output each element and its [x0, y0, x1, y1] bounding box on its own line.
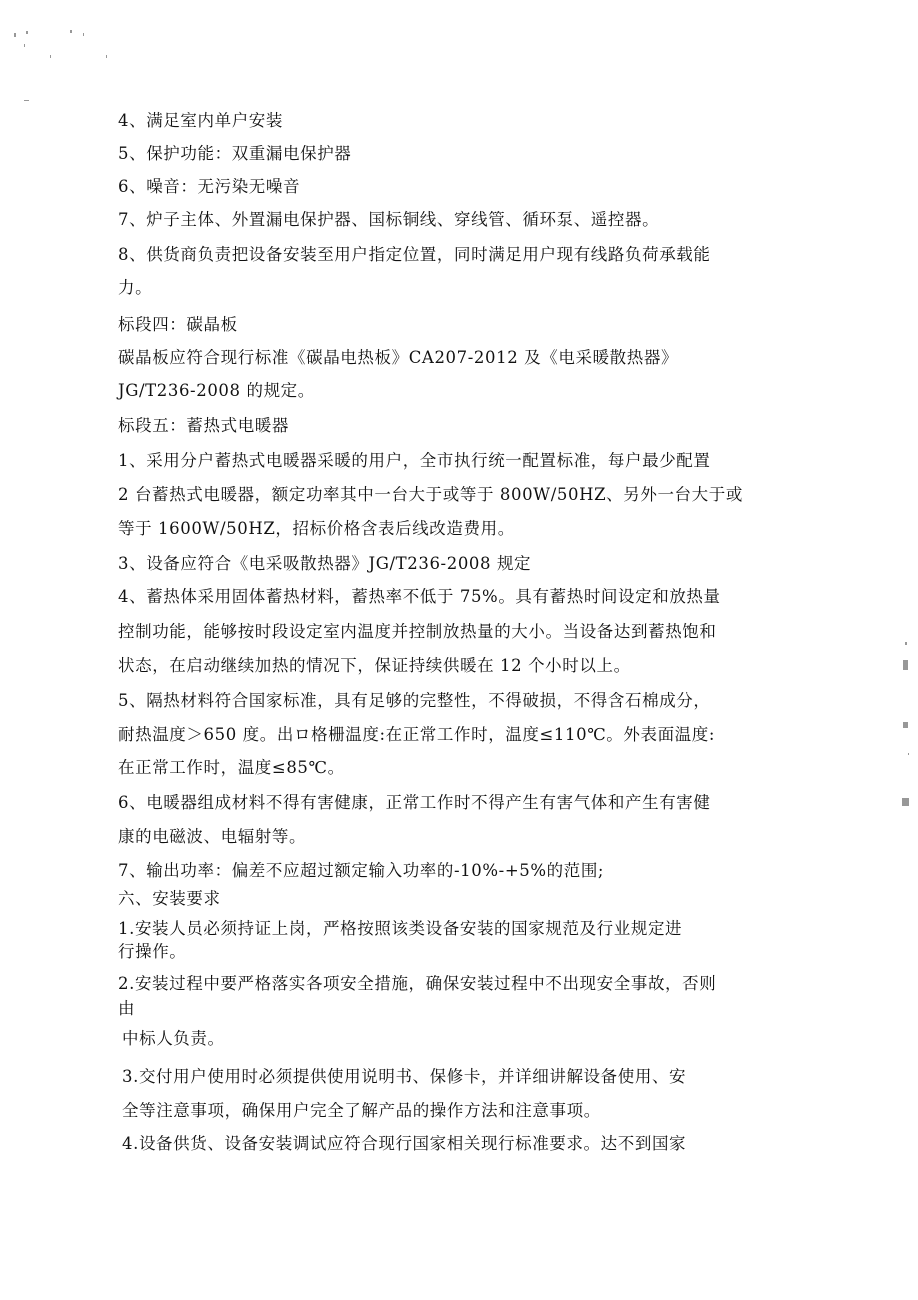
- scan-speck: [903, 722, 908, 728]
- text-line: 在正常工作时，温度≤85℃。: [118, 757, 345, 779]
- text-line: 7、输出功率：偏差不应超过额定输入功率的-10%-+5%的范围;: [118, 860, 604, 882]
- text-line: 耐热温度＞650 度。出ロ格栅温度:在正常工作时，温度≤110℃。外表面温度:: [118, 724, 715, 746]
- text-line: 2 台蓄热式电暖器，额定功率其中一台大于或等于 800W/50HZ、另外一台大于…: [118, 484, 743, 506]
- text-line: 2.安装过程中要严格落实各项安全措施，确保安装过程中不出现安全事故，否则: [118, 973, 716, 995]
- scan-speck: [50, 55, 51, 58]
- text-line: 4.设备供货、设备安装调试应符合现行国家相关现行标准要求。达不到国家: [122, 1133, 686, 1155]
- text-line: 康的电磁波、电辐射等。: [118, 826, 306, 848]
- text-line: 标段五：蓄热式电暖器: [118, 415, 289, 437]
- text-line: 6、电暖器组成材料不得有害健康，正常工作时不得产生有害气体和产生有害健: [118, 792, 711, 814]
- text-line: 7、炉子主体、外置漏电保护器、国标铜线、穿线管、循环泵、遥控器。: [118, 209, 659, 231]
- text-line: 中标人负责。: [122, 1028, 225, 1050]
- scan-speck: [24, 100, 29, 101]
- text-line: 5、隔热材料符合国家标准，具有足够的完整性，不得破损，不得含石棉成分，: [118, 690, 711, 712]
- text-line: 1.安装人员必须持证上岗，严格按照该类设备安装的国家规范及行业规定进: [118, 918, 682, 940]
- text-line: 六、安装要求: [118, 888, 221, 910]
- text-line: 3.交付用户使用时必须提供使用说明书、保修卡，并详细讲解设备使用、安: [122, 1066, 686, 1088]
- text-line: 6、噪音：无污染无噪音: [118, 176, 300, 198]
- text-line: 3、设备应符合《电采吸散热器》JG/T236-2008 规定: [118, 553, 531, 575]
- scan-speck: [908, 753, 909, 755]
- text-line: 5、保护功能：双重漏电保护器: [118, 143, 351, 165]
- scan-speck: [83, 33, 84, 36]
- scanned-document-page: 4、满足室内单户安装5、保护功能：双重漏电保护器6、噪音：无污染无噪音7、炉子主…: [0, 0, 918, 1300]
- text-line: 全等注意事项，确保用户完全了解产品的操作方法和注意事项。: [122, 1100, 601, 1122]
- scan-speck: [905, 642, 907, 645]
- text-line: 控制功能，能够按时段设定室内温度并控制放热量的大小。当设备达到蓄热饱和: [118, 621, 717, 643]
- text-line: 4、满足室内单户安装: [118, 110, 283, 132]
- scan-speck: [24, 44, 25, 47]
- text-line: 等于 1600W/50HZ，招标价格含表后线改造费用。: [118, 518, 515, 540]
- scan-speck: [902, 798, 909, 806]
- text-line: 标段四：碳晶板: [118, 314, 238, 336]
- text-line: 力。: [118, 277, 152, 299]
- text-line: 行操作。: [118, 941, 186, 963]
- text-line: 碳晶板应符合现行标准《碳晶电热板》CA207-2012 及《电采暖散热器》: [118, 347, 678, 369]
- text-line: JG/T236-2008 的规定。: [118, 380, 315, 402]
- scan-speck: [70, 30, 72, 33]
- text-line: 1、采用分户蓄热式电暖器采暖的用户，全市执行统一配置标准，每户最少配置: [118, 450, 711, 472]
- scan-speck: [903, 660, 908, 670]
- text-line: 由: [118, 998, 135, 1020]
- scan-speck: [26, 31, 28, 34]
- text-line: 8、供货商负责把设备安装至用户指定位置，同时满足用户现有线路负荷承载能: [118, 244, 711, 266]
- scan-speck: [14, 33, 16, 37]
- text-line: 4、蓄热体采用固体蓄热材料，蓄热率不低于 75%。具有蓄热时间设定和放热量: [118, 586, 721, 608]
- scan-speck: [106, 55, 107, 58]
- text-line: 状态，在启动继续加热的情况下，保证持续供暖在 12 个小时以上。: [118, 655, 631, 677]
